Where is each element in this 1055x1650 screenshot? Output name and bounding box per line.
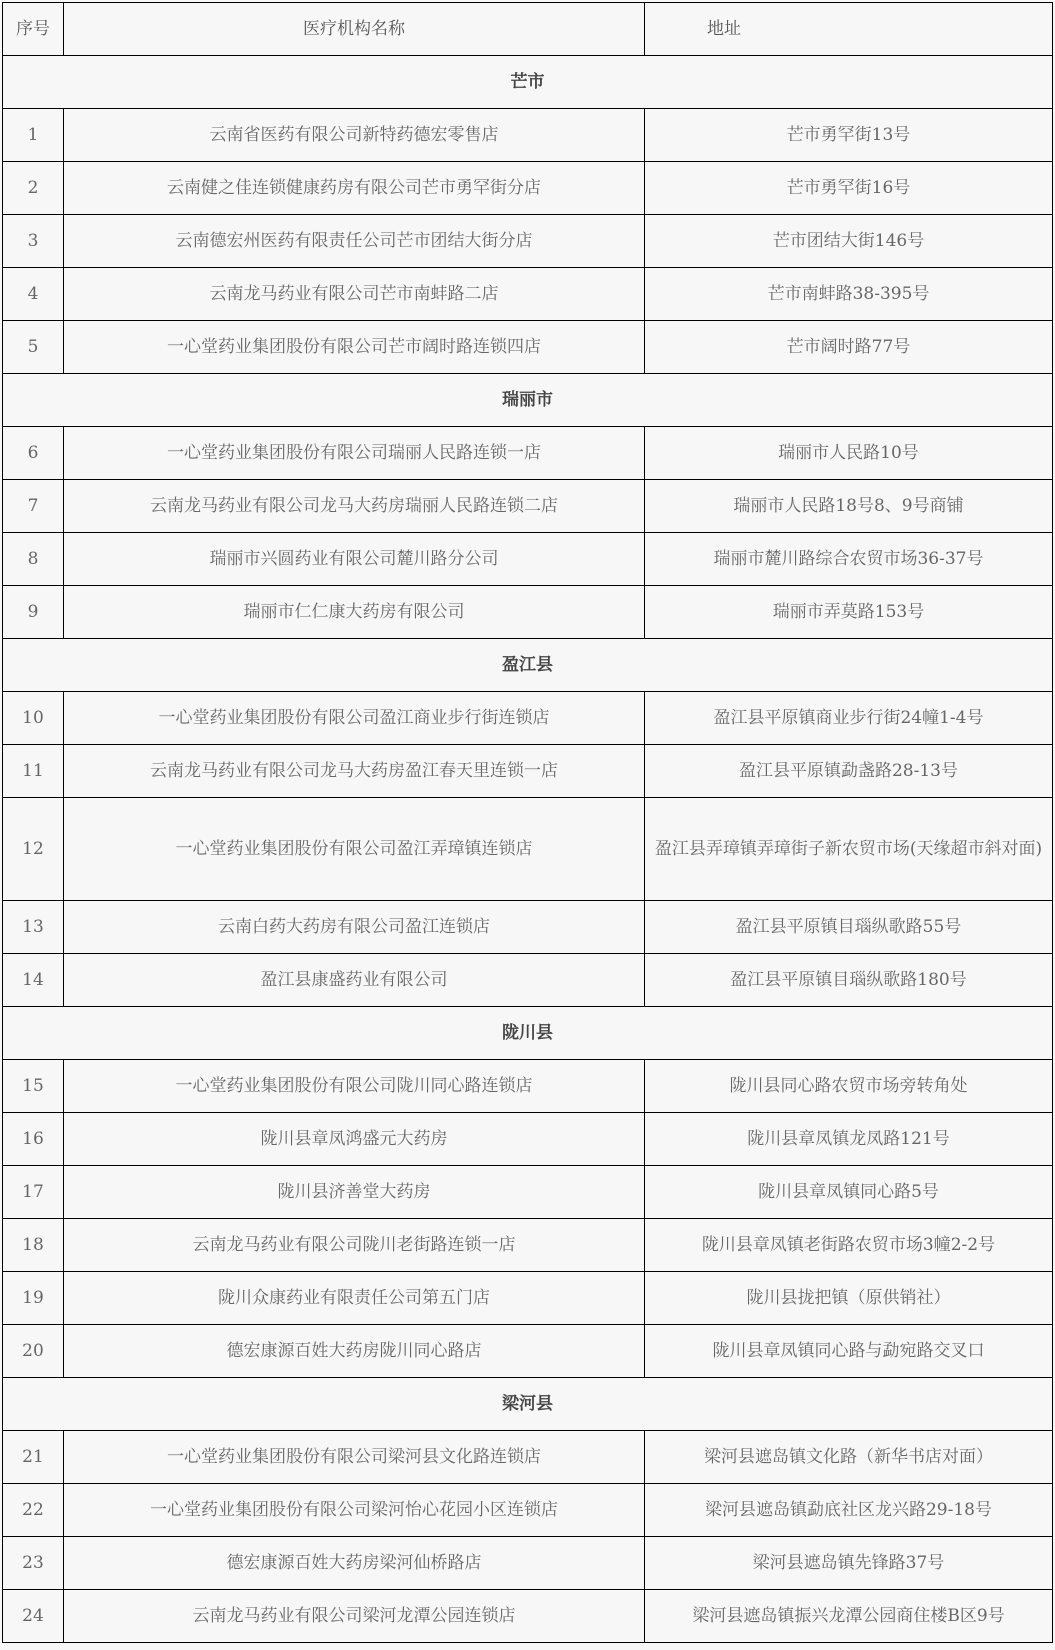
row-index: 22: [3, 1484, 64, 1537]
row-index: 23: [3, 1537, 64, 1590]
table-row: 12一心堂药业集团股份有限公司盈江弄璋镇连锁店盈江县弄璋镇弄璋街子新农贸市场(天…: [3, 798, 1053, 901]
table-row: 1云南省医药有限公司新特药德宏零售店芒市勇罕街13号: [3, 109, 1053, 162]
row-index: 2: [3, 162, 64, 215]
row-index: 19: [3, 1272, 64, 1325]
row-address: 陇川县章凤镇老街路农贸市场3幢2-2号: [645, 1219, 1053, 1272]
row-address: 芒市阔时路77号: [645, 321, 1053, 374]
row-name: 陇川众康药业有限责任公司第五门店: [64, 1272, 645, 1325]
row-name: 德宏康源百姓大药房梁河仙桥路店: [64, 1537, 645, 1590]
row-address: 梁河县遮岛镇勐底社区龙兴路29-18号: [645, 1484, 1053, 1537]
table-row: 7云南龙马药业有限公司龙马大药房瑞丽人民路连锁二店瑞丽市人民路18号8、9号商铺: [3, 480, 1053, 533]
row-index: 17: [3, 1166, 64, 1219]
row-name: 陇川县济善堂大药房: [64, 1166, 645, 1219]
row-name: 云南龙马药业有限公司陇川老街路连锁一店: [64, 1219, 645, 1272]
row-name: 云南龙马药业有限公司梁河龙潭公园连锁店: [64, 1590, 645, 1643]
row-address: 梁河县遮岛镇振兴龙潭公园商住楼B区9号: [645, 1590, 1053, 1643]
row-index: 1: [3, 109, 64, 162]
row-name: 一心堂药业集团股份有限公司瑞丽人民路连锁一店: [64, 427, 645, 480]
table-row: 4云南龙马药业有限公司芒市南蚌路二店芒市南蚌路38-395号: [3, 268, 1053, 321]
row-index: 5: [3, 321, 64, 374]
row-name: 云南白药大药房有限公司盈江连锁店: [64, 901, 645, 954]
section-header-row: 梁河县: [3, 1378, 1053, 1431]
table-row: 17陇川县济善堂大药房陇川县章凤镇同心路5号: [3, 1166, 1053, 1219]
row-address: 陇川县拢把镇（原供销社）: [645, 1272, 1053, 1325]
row-name: 云南龙马药业有限公司龙马大药房瑞丽人民路连锁二店: [64, 480, 645, 533]
table-row: 9瑞丽市仁仁康大药房有限公司瑞丽市弄莫路153号: [3, 586, 1053, 639]
row-name: 瑞丽市兴圆药业有限公司麓川路分公司: [64, 533, 645, 586]
row-index: 9: [3, 586, 64, 639]
row-index: 3: [3, 215, 64, 268]
row-index: 10: [3, 692, 64, 745]
row-name: 盈江县康盛药业有限公司: [64, 954, 645, 1007]
table-row: 19陇川众康药业有限责任公司第五门店陇川县拢把镇（原供销社）: [3, 1272, 1053, 1325]
row-name: 一心堂药业集团股份有限公司盈江商业步行街连锁店: [64, 692, 645, 745]
row-name: 陇川县章凤鸿盛元大药房: [64, 1113, 645, 1166]
table-row: 8瑞丽市兴圆药业有限公司麓川路分公司瑞丽市麓川路综合农贸市场36-37号: [3, 533, 1053, 586]
section-title: 梁河县: [3, 1378, 1053, 1431]
row-address: 陇川县章凤镇同心路与勐宛路交叉口: [645, 1325, 1053, 1378]
row-index: 16: [3, 1113, 64, 1166]
table-row: 16陇川县章凤鸿盛元大药房陇川县章凤镇龙凤路121号: [3, 1113, 1053, 1166]
row-name: 云南龙马药业有限公司芒市南蚌路二店: [64, 268, 645, 321]
section-title: 盈江县: [3, 639, 1053, 692]
row-index: 20: [3, 1325, 64, 1378]
table-row: 21一心堂药业集团股份有限公司梁河县文化路连锁店梁河县遮岛镇文化路（新华书店对面…: [3, 1431, 1053, 1484]
header-name: 医疗机构名称: [64, 3, 645, 56]
row-address: 梁河县遮岛镇文化路（新华书店对面）: [645, 1431, 1053, 1484]
row-address: 盈江县平原镇目瑙纵歌路55号: [645, 901, 1053, 954]
row-address: 盈江县平原镇勐盏路28-13号: [645, 745, 1053, 798]
row-index: 18: [3, 1219, 64, 1272]
table-row: 13云南白药大药房有限公司盈江连锁店盈江县平原镇目瑙纵歌路55号: [3, 901, 1053, 954]
row-address: 梁河县遮岛镇先锋路37号: [645, 1537, 1053, 1590]
table-row: 22一心堂药业集团股份有限公司梁河怡心花园小区连锁店梁河县遮岛镇勐底社区龙兴路2…: [3, 1484, 1053, 1537]
table-row: 5一心堂药业集团股份有限公司芒市阔时路连锁四店芒市阔时路77号: [3, 321, 1053, 374]
row-index: 24: [3, 1590, 64, 1643]
row-index: 4: [3, 268, 64, 321]
row-name: 云南德宏州医药有限责任公司芒市团结大街分店: [64, 215, 645, 268]
row-index: 7: [3, 480, 64, 533]
row-name: 一心堂药业集团股份有限公司梁河怡心花园小区连锁店: [64, 1484, 645, 1537]
table-row: 3云南德宏州医药有限责任公司芒市团结大街分店芒市团结大街146号: [3, 215, 1053, 268]
row-name: 云南健之佳连锁健康药房有限公司芒市勇罕街分店: [64, 162, 645, 215]
row-index: 15: [3, 1060, 64, 1113]
table-row: 20德宏康源百姓大药房陇川同心路店陇川县章凤镇同心路与勐宛路交叉口: [3, 1325, 1053, 1378]
section-title: 瑞丽市: [3, 374, 1053, 427]
row-address: 瑞丽市麓川路综合农贸市场36-37号: [645, 533, 1053, 586]
row-address: 陇川县同心路农贸市场旁转角处: [645, 1060, 1053, 1113]
header-index: 序号: [3, 3, 64, 56]
row-name: 一心堂药业集团股份有限公司盈江弄璋镇连锁店: [64, 798, 645, 901]
row-address: 芒市南蚌路38-395号: [645, 268, 1053, 321]
row-name: 云南龙马药业有限公司龙马大药房盈江春天里连锁一店: [64, 745, 645, 798]
table-row: 11云南龙马药业有限公司龙马大药房盈江春天里连锁一店盈江县平原镇勐盏路28-13…: [3, 745, 1053, 798]
table-row: 15一心堂药业集团股份有限公司陇川同心路连锁店陇川县同心路农贸市场旁转角处: [3, 1060, 1053, 1113]
row-index: 13: [3, 901, 64, 954]
row-index: 11: [3, 745, 64, 798]
row-address: 瑞丽市人民路10号: [645, 427, 1053, 480]
section-title: 陇川县: [3, 1007, 1053, 1060]
row-name: 德宏康源百姓大药房陇川同心路店: [64, 1325, 645, 1378]
section-title: 芒市: [3, 56, 1053, 109]
row-name: 一心堂药业集团股份有限公司梁河县文化路连锁店: [64, 1431, 645, 1484]
table-row: 23德宏康源百姓大药房梁河仙桥路店梁河县遮岛镇先锋路37号: [3, 1537, 1053, 1590]
header-address: 地址: [645, 3, 1053, 56]
row-name: 一心堂药业集团股份有限公司芒市阔时路连锁四店: [64, 321, 645, 374]
table-header-row: 序号 医疗机构名称 地址: [3, 3, 1053, 56]
row-address: 芒市团结大街146号: [645, 215, 1053, 268]
row-index: 12: [3, 798, 64, 901]
table-row: 10一心堂药业集团股份有限公司盈江商业步行街连锁店盈江县平原镇商业步行街24幢1…: [3, 692, 1053, 745]
table-row: 2云南健之佳连锁健康药房有限公司芒市勇罕街分店芒市勇罕街16号: [3, 162, 1053, 215]
row-index: 14: [3, 954, 64, 1007]
row-address: 陇川县章凤镇龙凤路121号: [645, 1113, 1053, 1166]
row-name: 一心堂药业集团股份有限公司陇川同心路连锁店: [64, 1060, 645, 1113]
table-row: 14盈江县康盛药业有限公司盈江县平原镇目瑙纵歌路180号: [3, 954, 1053, 1007]
row-address: 盈江县弄璋镇弄璋街子新农贸市场(天缘超市斜对面): [645, 798, 1053, 901]
row-address: 芒市勇罕街13号: [645, 109, 1053, 162]
row-address: 盈江县平原镇商业步行街24幢1-4号: [645, 692, 1053, 745]
row-index: 21: [3, 1431, 64, 1484]
row-name: 瑞丽市仁仁康大药房有限公司: [64, 586, 645, 639]
section-header-row: 瑞丽市: [3, 374, 1053, 427]
pharmacy-table: 序号 医疗机构名称 地址 芒市1云南省医药有限公司新特药德宏零售店芒市勇罕街13…: [2, 2, 1053, 1643]
row-address: 瑞丽市弄莫路153号: [645, 586, 1053, 639]
table-row: 6一心堂药业集团股份有限公司瑞丽人民路连锁一店瑞丽市人民路10号: [3, 427, 1053, 480]
row-index: 8: [3, 533, 64, 586]
row-index: 6: [3, 427, 64, 480]
row-name: 云南省医药有限公司新特药德宏零售店: [64, 109, 645, 162]
table-row: 24云南龙马药业有限公司梁河龙潭公园连锁店梁河县遮岛镇振兴龙潭公园商住楼B区9号: [3, 1590, 1053, 1643]
row-address: 瑞丽市人民路18号8、9号商铺: [645, 480, 1053, 533]
section-header-row: 芒市: [3, 56, 1053, 109]
row-address: 陇川县章凤镇同心路5号: [645, 1166, 1053, 1219]
table-row: 18云南龙马药业有限公司陇川老街路连锁一店陇川县章凤镇老街路农贸市场3幢2-2号: [3, 1219, 1053, 1272]
section-header-row: 盈江县: [3, 639, 1053, 692]
row-address: 芒市勇罕街16号: [645, 162, 1053, 215]
section-header-row: 陇川县: [3, 1007, 1053, 1060]
row-address: 盈江县平原镇目瑙纵歌路180号: [645, 954, 1053, 1007]
